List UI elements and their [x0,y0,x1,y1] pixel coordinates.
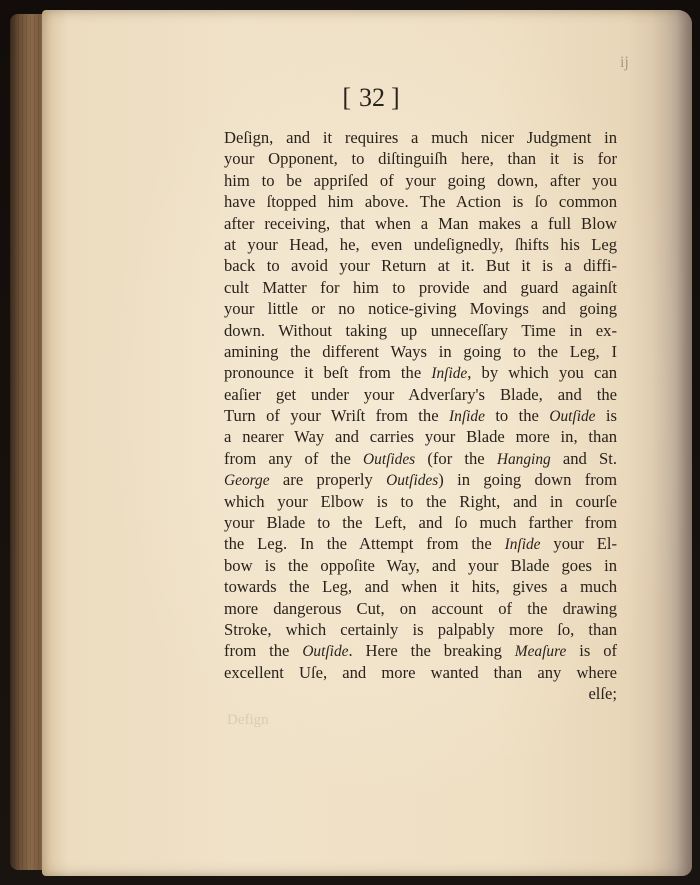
text-segment: eaſier get under your Adverſary's Blade,… [224,385,617,404]
text-line: have ſtopped him above. The Action is ſo… [224,191,617,212]
text-line: a nearer Way and carries your Blade more… [224,426,617,447]
page-number-header: [32] [0,83,700,113]
text-line: which your Elbow is to the Right, and in… [224,491,617,512]
text-segment: and St. [551,449,617,468]
text-segment: him to be appriſed of your going down, a… [224,171,617,190]
text-segment: after receiving, that when a Man makes a… [224,214,617,233]
text-segment: the Leg. In the Attempt from the [224,534,505,553]
text-line: down. Without taking up unneceſſary Time… [224,320,617,341]
text-line: George are properly Outſides) in going d… [224,469,617,490]
text-line: back to avoid your Return at it. But it … [224,255,617,276]
book-scan: ĳ [32] Defign Deſign, and it requires a … [0,0,700,885]
text-segment: is of [566,641,617,660]
text-line: the Leg. In the Attempt from the Inſide … [224,533,617,554]
text-segment: towards the Leg, and when it hits, gives… [224,577,617,596]
text-line: towards the Leg, and when it hits, gives… [224,576,617,597]
text-line: eaſier get under your Adverſary's Blade,… [224,384,617,405]
text-line: him to be appriſed of your going down, a… [224,170,617,191]
text-line: amining the different Ways in going to t… [224,341,617,362]
text-segment: amining the different Ways in going to t… [224,342,617,361]
text-segment: a nearer Way and carries your Blade more… [224,427,617,446]
text-segment: from any of the [224,449,363,468]
margin-mark: ĳ [620,54,630,72]
text-segment: ) in going down from [438,470,617,489]
text-segment: more dangerous Cut, on account of the dr… [224,599,617,618]
text-segment: your El- [541,534,617,553]
text-segment: , by which you can [467,363,617,382]
text-segment: . Here the breaking [348,641,514,660]
text-segment: (for the [415,449,497,468]
text-segment: Stroke, which certainly is palpably more… [224,620,617,639]
text-segment: back to avoid your Return at it. But it … [224,256,617,275]
italic-term: Inſide [449,408,485,425]
page-number: 32 [359,83,385,112]
text-line: at your Head, he, even undeſignedly, ſhi… [224,234,617,255]
text-line: Stroke, which certainly is palpably more… [224,619,617,640]
text-line: from any of the Outſides (for the Hangin… [224,448,617,469]
italic-term: Inſide [431,365,467,382]
text-line: your Opponent, to diſtinguiſh here, than… [224,148,617,169]
text-line: elſe; [224,683,617,704]
text-line: more dangerous Cut, on account of the dr… [224,598,617,619]
text-segment: down. Without taking up unneceſſary Time… [224,321,617,340]
text-segment: are properly [270,470,387,489]
text-line: pronounce it beſt from the Inſide, by wh… [224,362,617,383]
text-segment: Deſign, and it requires a much nicer Jud… [224,128,617,147]
text-segment: excellent Uſe, and more wanted than any … [224,663,617,682]
italic-term: Meaſure [515,643,567,660]
text-line: your little or no notice-giving Movings … [224,298,617,319]
text-line: Deſign, and it requires a much nicer Jud… [224,127,617,148]
text-line: cult Matter for him to provide and guard… [224,277,617,298]
text-line: after receiving, that when a Man makes a… [224,213,617,234]
text-segment: have ſtopped him above. The Action is ſo… [224,192,617,211]
show-through-text: Defign [227,712,269,729]
bracket-close: ] [391,83,402,112]
italic-term: Hanging [497,451,551,468]
text-segment: which your Elbow is to the Right, and in… [224,492,617,511]
text-line: bow is the oppoſite Way, and your Blade … [224,555,617,576]
italic-term: Outſides [363,451,415,468]
text-segment: cult Matter for him to provide and guard… [224,278,617,297]
italic-term: Outſide [302,643,348,660]
text-line: from the Outſide. Here the breaking Meaſ… [224,640,617,661]
italic-term: Outſides [386,472,438,489]
text-segment: Turn of your Wriſt from the [224,406,449,425]
text-segment: at your Head, he, even undeſignedly, ſhi… [224,235,617,254]
text-segment: elſe; [588,684,617,703]
text-segment: from the [224,641,302,660]
text-segment: to the [485,406,549,425]
text-segment: your Opponent, to diſtinguiſh here, than… [224,149,617,168]
text-segment: pronounce it beſt from the [224,363,431,382]
text-segment: is [596,406,618,425]
text-segment: your Blade to the Left, and ſo much fart… [224,513,617,532]
text-line: your Blade to the Left, and ſo much fart… [224,512,617,533]
text-line: excellent Uſe, and more wanted than any … [224,662,617,683]
text-line: Turn of your Wriſt from the Inſide to th… [224,405,617,426]
text-segment: your little or no notice-giving Movings … [224,299,617,318]
body-text: Deſign, and it requires a much nicer Jud… [224,127,617,705]
italic-term: Outſide [549,408,595,425]
italic-term: George [224,472,270,489]
text-segment: bow is the oppoſite Way, and your Blade … [224,556,617,575]
bracket-open: [ [342,83,353,112]
italic-term: Inſide [505,536,541,553]
